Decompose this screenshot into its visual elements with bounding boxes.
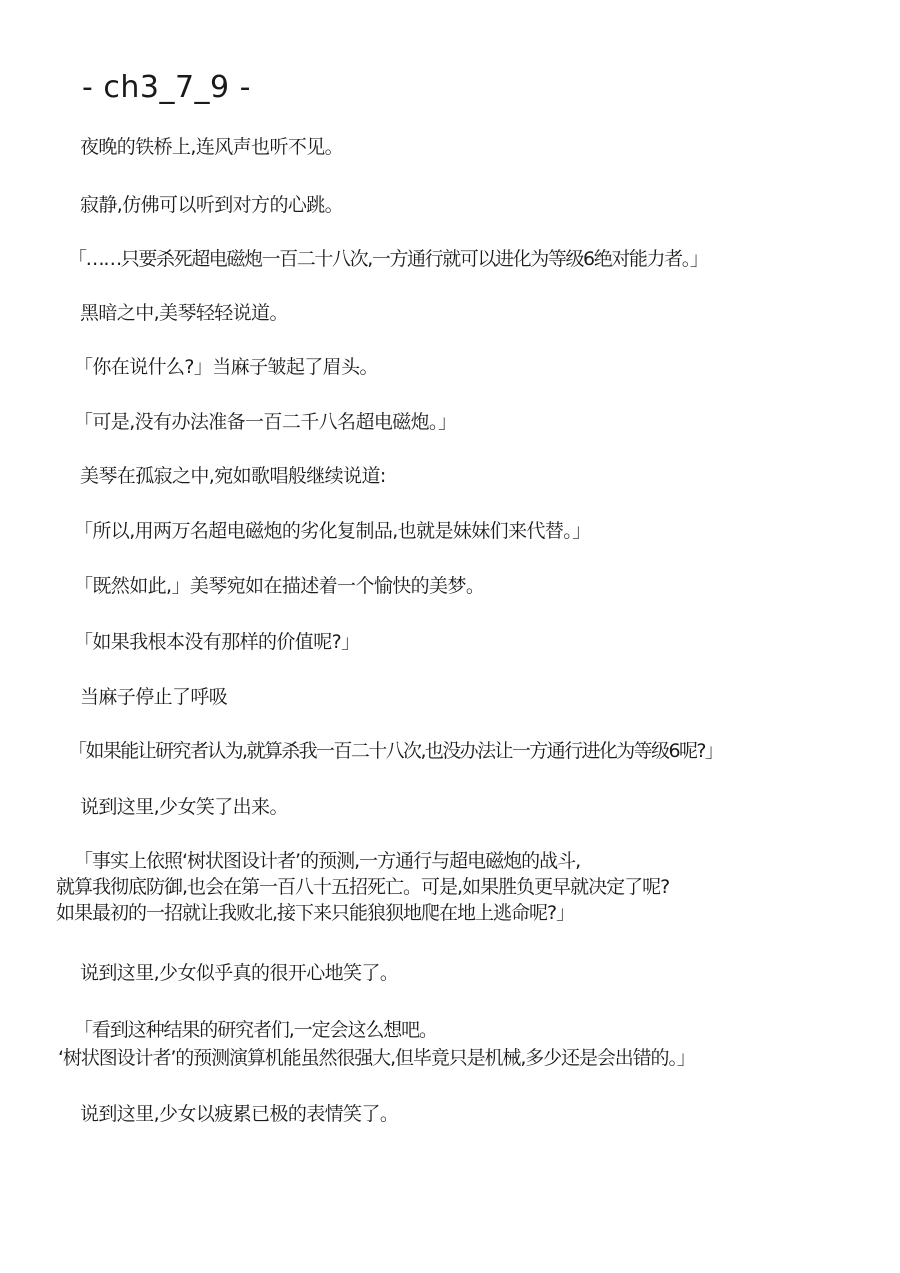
paragraph: 当麻子停止了呼吸 bbox=[80, 684, 227, 710]
paragraph: 「你在说什么?」当麻子皱起了眉头。 bbox=[74, 354, 378, 380]
paragraph-line: 就算我彻底防御,也会在第一百八十五招死亡。可是,如果胜负更早就决定了呢? bbox=[56, 874, 669, 900]
paragraph-line: 「你在说什么?」当麻子皱起了眉头。 bbox=[74, 354, 378, 380]
paragraph: 「……只要杀死超电磁炮一百二十八次,一方通行就可以进化为等级6绝对能力者。」 bbox=[68, 246, 707, 272]
paragraph: 黑暗之中,美琴轻轻说道。 bbox=[80, 300, 288, 326]
paragraph-line: 「如果能让研究者认为,就算杀我一百二十八次,也没办法让一方通行进化为等级6呢?」 bbox=[68, 738, 722, 764]
paragraph-line: 「……只要杀死超电磁炮一百二十八次,一方通行就可以进化为等级6绝对能力者。」 bbox=[68, 246, 707, 272]
paragraph-line: 「所以,用两万名超电磁炮的劣化复制品,也就是妹妹们来代替。」 bbox=[74, 518, 591, 544]
paragraph-line: 夜晚的铁桥上,连风声也听不见。 bbox=[80, 134, 343, 160]
paragraph: 「既然如此,」美琴宛如在描述着一个愉快的美梦。 bbox=[74, 573, 484, 599]
paragraph-line: 黑暗之中,美琴轻轻说道。 bbox=[80, 300, 288, 326]
paragraph-line: 「既然如此,」美琴宛如在描述着一个愉快的美梦。 bbox=[74, 573, 484, 599]
paragraph: 说到这里,少女以疲累已极的表情笑了。 bbox=[80, 1101, 398, 1127]
paragraph: 「如果我根本没有那样的价值呢?」 bbox=[74, 629, 360, 655]
document-page: - ch3_7_9 - 夜晚的铁桥上,连风声也听不见。 寂静,仿佛可以听到对方的… bbox=[0, 0, 900, 1273]
paragraph-line: 说到这里,少女笑了出来。 bbox=[80, 794, 288, 820]
paragraph-line: 寂静,仿佛可以听到对方的心跳。 bbox=[80, 192, 343, 218]
paragraph-line: 「可是,没有办法准备一百二千八名超电磁炮。」 bbox=[74, 409, 456, 435]
paragraph-line: 如果最初的一招就让我败北,接下来只能狼狈地爬在地上逃命呢?」 bbox=[56, 900, 669, 926]
paragraph: 说到这里,少女似乎真的很开心地笑了。 bbox=[80, 960, 398, 986]
paragraph: 美琴在孤寂之中,宛如歌唱般继续说道: bbox=[80, 463, 386, 489]
chapter-title: - ch3_7_9 - bbox=[82, 68, 251, 108]
paragraph-line: 当麻子停止了呼吸 bbox=[80, 684, 227, 710]
paragraph: 说到这里,少女笑了出来。 bbox=[80, 794, 288, 820]
paragraph: 「事实上依照‘树状图设计者’的预测,一方通行与超电磁炮的战斗, 就算我彻底防御,… bbox=[56, 848, 669, 926]
paragraph: 「如果能让研究者认为,就算杀我一百二十八次,也没办法让一方通行进化为等级6呢?」 bbox=[68, 738, 722, 764]
paragraph: 夜晚的铁桥上,连风声也听不见。 bbox=[80, 134, 343, 160]
paragraph-line: 「看到这种结果的研究者们,一定会这么想吧。 bbox=[58, 1016, 695, 1044]
paragraph: 「看到这种结果的研究者们,一定会这么想吧。 ‘树状图设计者’的预测演算机能虽然很… bbox=[58, 1016, 695, 1072]
paragraph-line: 美琴在孤寂之中,宛如歌唱般继续说道: bbox=[80, 463, 386, 489]
paragraph-line: ‘树状图设计者’的预测演算机能虽然很强大,但毕竟只是机械,多少还是会出错的。」 bbox=[58, 1044, 695, 1072]
paragraph: 「可是,没有办法准备一百二千八名超电磁炮。」 bbox=[74, 409, 456, 435]
paragraph-line: 说到这里,少女以疲累已极的表情笑了。 bbox=[80, 1101, 398, 1127]
paragraph: 「所以,用两万名超电磁炮的劣化复制品,也就是妹妹们来代替。」 bbox=[74, 518, 591, 544]
paragraph-line: 说到这里,少女似乎真的很开心地笑了。 bbox=[80, 960, 398, 986]
paragraph-line: 「如果我根本没有那样的价值呢?」 bbox=[74, 629, 360, 655]
paragraph-line: 「事实上依照‘树状图设计者’的预测,一方通行与超电磁炮的战斗, bbox=[56, 848, 669, 874]
paragraph: 寂静,仿佛可以听到对方的心跳。 bbox=[80, 192, 343, 218]
